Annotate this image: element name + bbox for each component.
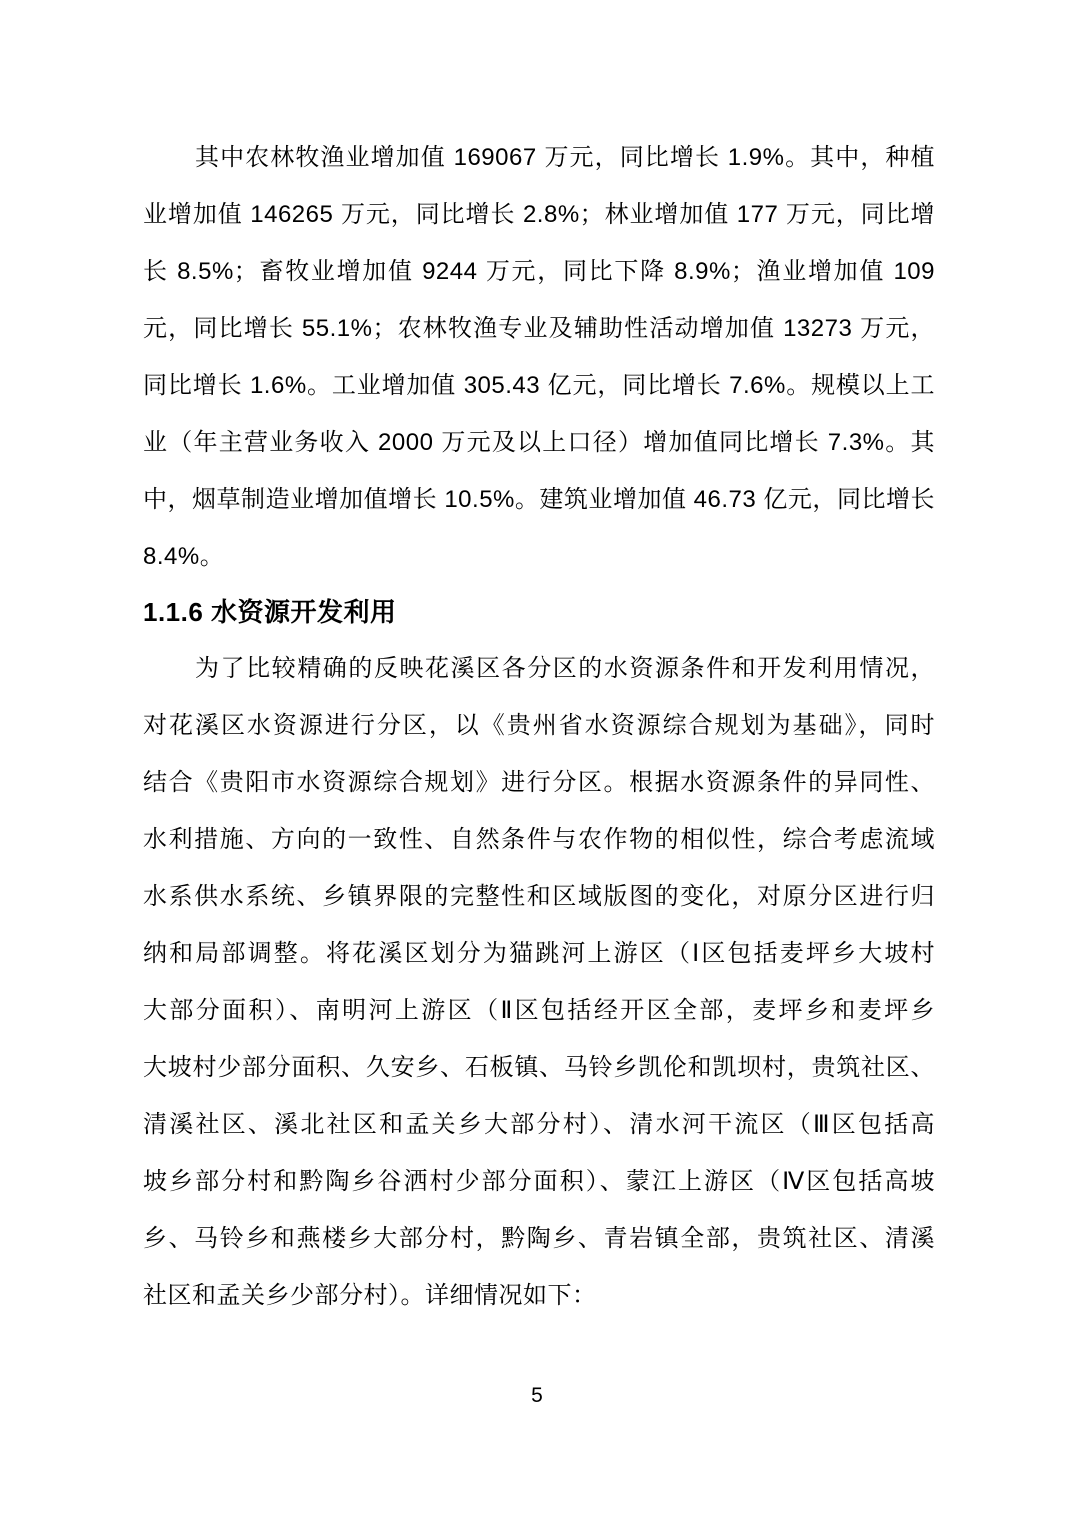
text-line: 水系供水系统、乡镇界限的完整性和区域版图的变化，对原分区进行归	[143, 868, 935, 925]
text-line: 为了比较精确的反映花溪区各分区的水资源条件和开发利用情况，	[143, 640, 935, 697]
paragraph-water-resource-zoning: 为了比较精确的反映花溪区各分区的水资源条件和开发利用情况，对花溪区水资源进行分区…	[143, 640, 935, 1324]
page-content: 其中农林牧渔业增加值 169067 万元，同比增长 1.9%。其中，种植业增加值…	[143, 129, 935, 1324]
text-line: 乡、马铃乡和燕楼乡大部分村，黔陶乡、青岩镇全部，贵筑社区、清溪	[143, 1210, 935, 1267]
section-heading: 1.1.6 水资源开发利用	[143, 585, 935, 640]
text-line: 其中农林牧渔业增加值 169067 万元，同比增长 1.9%。其中，种植	[143, 129, 935, 186]
text-line: 对花溪区水资源进行分区，以《贵州省水资源综合规划为基础》，同时	[143, 697, 935, 754]
text-line: 大坡村少部分面积、久安乡、石板镇、马铃乡凯伦和凯坝村，贵筑社区、	[143, 1039, 935, 1096]
paragraph-economy-stats: 其中农林牧渔业增加值 169067 万元，同比增长 1.9%。其中，种植业增加值…	[143, 129, 935, 585]
page-number: 5	[0, 1384, 1074, 1408]
text-line: 业增加值 146265 万元，同比增长 2.8%；林业增加值 177 万元，同比…	[143, 186, 935, 243]
text-line: 纳和局部调整。将花溪区划分为猫跳河上游区（Ⅰ区包括麦坪乡大坡村	[143, 925, 935, 982]
text-line: 坡乡部分村和黔陶乡谷洒村少部分面积）、蒙江上游区（Ⅳ区包括高坡	[143, 1153, 935, 1210]
document-page: 其中农林牧渔业增加值 169067 万元，同比增长 1.9%。其中，种植业增加值…	[0, 0, 1074, 1520]
text-line: 清溪社区、溪北社区和孟关乡大部分村）、清水河干流区（Ⅲ区包括高	[143, 1096, 935, 1153]
text-line: 社区和孟关乡少部分村）。详细情况如下：	[143, 1267, 935, 1324]
text-line: 同比增长 1.6%。工业增加值 305.43 亿元，同比增长 7.6%。规模以上…	[143, 357, 935, 414]
text-line: 大部分面积）、南明河上游区（Ⅱ区包括经开区全部，麦坪乡和麦坪乡	[143, 982, 935, 1039]
text-line: 业（年主营业务收入 2000 万元及以上口径）增加值同比增长 7.3%。其	[143, 414, 935, 471]
text-line: 中，烟草制造业增加值增长 10.5%。建筑业增加值 46.73 亿元，同比增长	[143, 471, 935, 528]
text-line: 8.4%。	[143, 528, 935, 585]
text-line: 水利措施、方向的一致性、自然条件与农作物的相似性，综合考虑流域	[143, 811, 935, 868]
text-line: 结合《贵阳市水资源综合规划》进行分区。根据水资源条件的异同性、	[143, 754, 935, 811]
text-line: 元，同比增长 55.1%；农林牧渔专业及辅助性活动增加值 13273 万元，	[143, 300, 935, 357]
text-line: 长 8.5%；畜牧业增加值 9244 万元，同比下降 8.9%；渔业增加值 10…	[143, 243, 935, 300]
